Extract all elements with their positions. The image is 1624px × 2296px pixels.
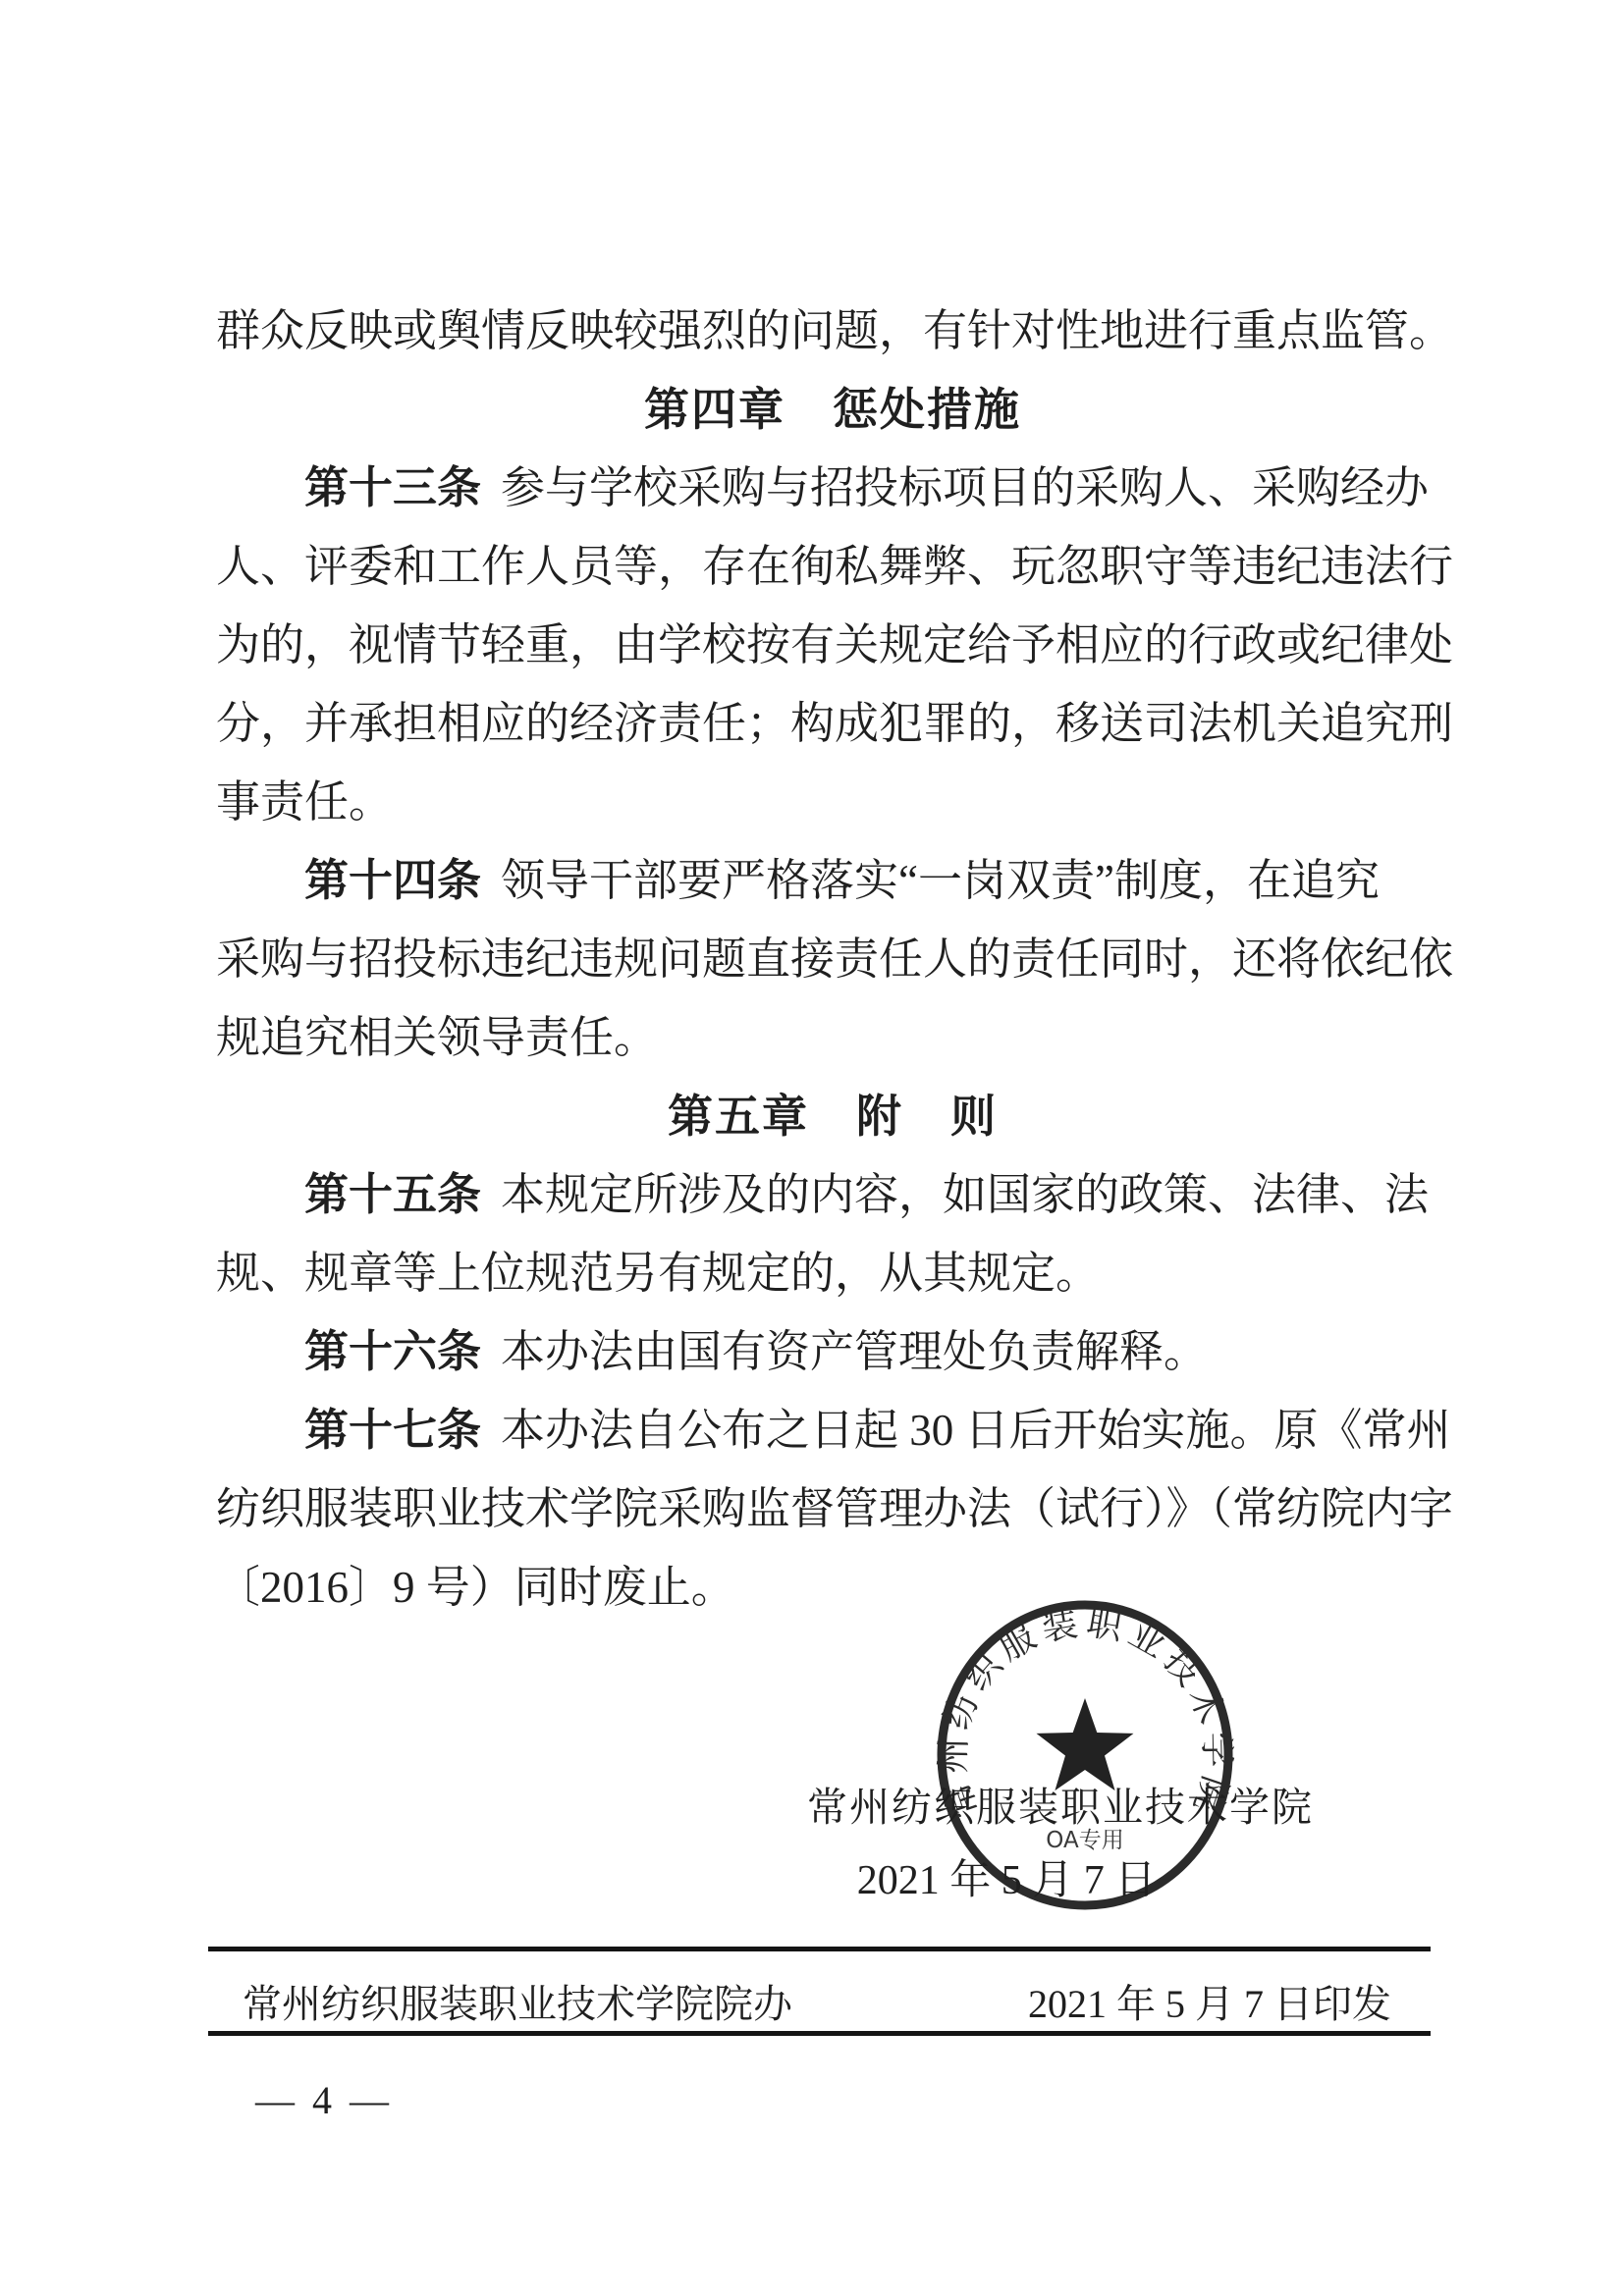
line-text: 事责任。	[216, 777, 393, 827]
article-number: 第十六条	[304, 1325, 481, 1377]
paragraph-line: 第十五条本规定所涉及的内容，如国家的政策、法律、法	[216, 1155, 1449, 1234]
footer-row: 常州纺织服装职业技术学院院办 2021 年 5 月 7 日印发	[243, 1977, 1391, 2024]
document-page: 群众反映或舆情反映较强烈的问题，有针对性地进行重点监管。 第四章 惩处措施 第十…	[0, 0, 1624, 2296]
paragraph-line: 事责任。	[216, 763, 1449, 841]
article-number: 第十四条	[304, 854, 481, 906]
article-number: 第十三条	[304, 461, 481, 513]
line-text: 为的，视情节轻重，由学校按有关规定给予相应的行政或纪律处	[216, 620, 1453, 669]
line-text: 纺织服装职业技术学院采购监督管理办法（试行）》（常纺院内字	[216, 1484, 1453, 1533]
paragraph-line: 人、评委和工作人员等，存在徇私舞弊、玩忽职守等违纪违法行	[216, 527, 1449, 606]
footer-print-date: 2021 年 5 月 7 日印发	[1028, 1973, 1391, 2029]
line-text: 本办法由国有资产管理处负责解释。	[501, 1327, 1208, 1376]
line-text: 分，并承担相应的经济责任；构成犯罪的，移送司法机关追究刑	[216, 699, 1453, 748]
line-text: 规追究相关领导责任。	[216, 1013, 658, 1062]
paragraph-line: 规、规章等上位规范另有规定的，从其规定。	[216, 1234, 1449, 1312]
signature-org: 常州纺织服装职业技术学院	[766, 1775, 1355, 1826]
signature-date: 2021 年 5 月 7 日	[766, 1847, 1247, 1896]
article-number: 第十五条	[304, 1168, 481, 1220]
paragraph-line: 第十六条本办法由国有资产管理处负责解释。	[216, 1312, 1449, 1391]
footer-rule-bottom	[208, 2031, 1431, 2036]
line-text: 本规定所涉及的内容，如国家的政策、法律、法	[501, 1170, 1429, 1219]
line-text: 群众反映或舆情反映较强烈的问题，有针对性地进行重点监管。	[216, 306, 1453, 355]
chapter-heading: 第四章 惩处措施	[216, 370, 1449, 449]
footer-issuer: 常州纺织服装职业技术学院院办	[243, 1973, 792, 2029]
paragraph-line: 群众反映或舆情反映较强烈的问题，有针对性地进行重点监管。	[216, 292, 1449, 370]
paragraph-line: 纺织服装职业技术学院采购监督管理办法（试行）》（常纺院内字	[216, 1469, 1449, 1548]
paragraph-line: 规追究相关领导责任。	[216, 998, 1449, 1077]
document-body: 群众反映或舆情反映较强烈的问题，有针对性地进行重点监管。 第四章 惩处措施 第十…	[216, 292, 1449, 1627]
line-text: 采购与招投标违纪违规问题直接责任人的责任同时，还将依纪依	[216, 934, 1453, 984]
line-text: 参与学校采购与招投标项目的采购人、采购经办	[501, 463, 1429, 512]
line-text: 人、评委和工作人员等，存在徇私舞弊、玩忽职守等违纪违法行	[216, 542, 1453, 591]
article-number: 第十七条	[304, 1404, 481, 1456]
paragraph-line: 分，并承担相应的经济责任；构成犯罪的，移送司法机关追究刑	[216, 684, 1449, 763]
paragraph-line: 第十四条领导干部要严格落实“一岗双责”制度，在追究	[216, 841, 1449, 920]
paragraph-line: 第十七条本办法自公布之日起 30 日后开始实施。原《常州	[216, 1391, 1449, 1469]
paragraph-line: 〔2016〕9 号）同时废止。	[216, 1548, 1449, 1627]
line-text: 本办法自公布之日起 30 日后开始实施。原《常州	[501, 1406, 1451, 1455]
line-text: 〔2016〕9 号）同时废止。	[216, 1563, 735, 1612]
footer-rule-top	[208, 1947, 1431, 1951]
line-text: 规、规章等上位规范另有规定的，从其规定。	[216, 1249, 1100, 1298]
line-text: 领导干部要严格落实“一岗双责”制度，在追究	[501, 856, 1380, 905]
page-number: — 4 —	[236, 2077, 412, 2122]
paragraph-line: 第十三条参与学校采购与招投标项目的采购人、采购经办	[216, 449, 1449, 527]
chapter-heading: 第五章 附 则	[216, 1077, 1449, 1155]
paragraph-line: 采购与招投标违纪违规问题直接责任人的责任同时，还将依纪依	[216, 920, 1449, 998]
paragraph-line: 为的，视情节轻重，由学校按有关规定给予相应的行政或纪律处	[216, 606, 1449, 684]
